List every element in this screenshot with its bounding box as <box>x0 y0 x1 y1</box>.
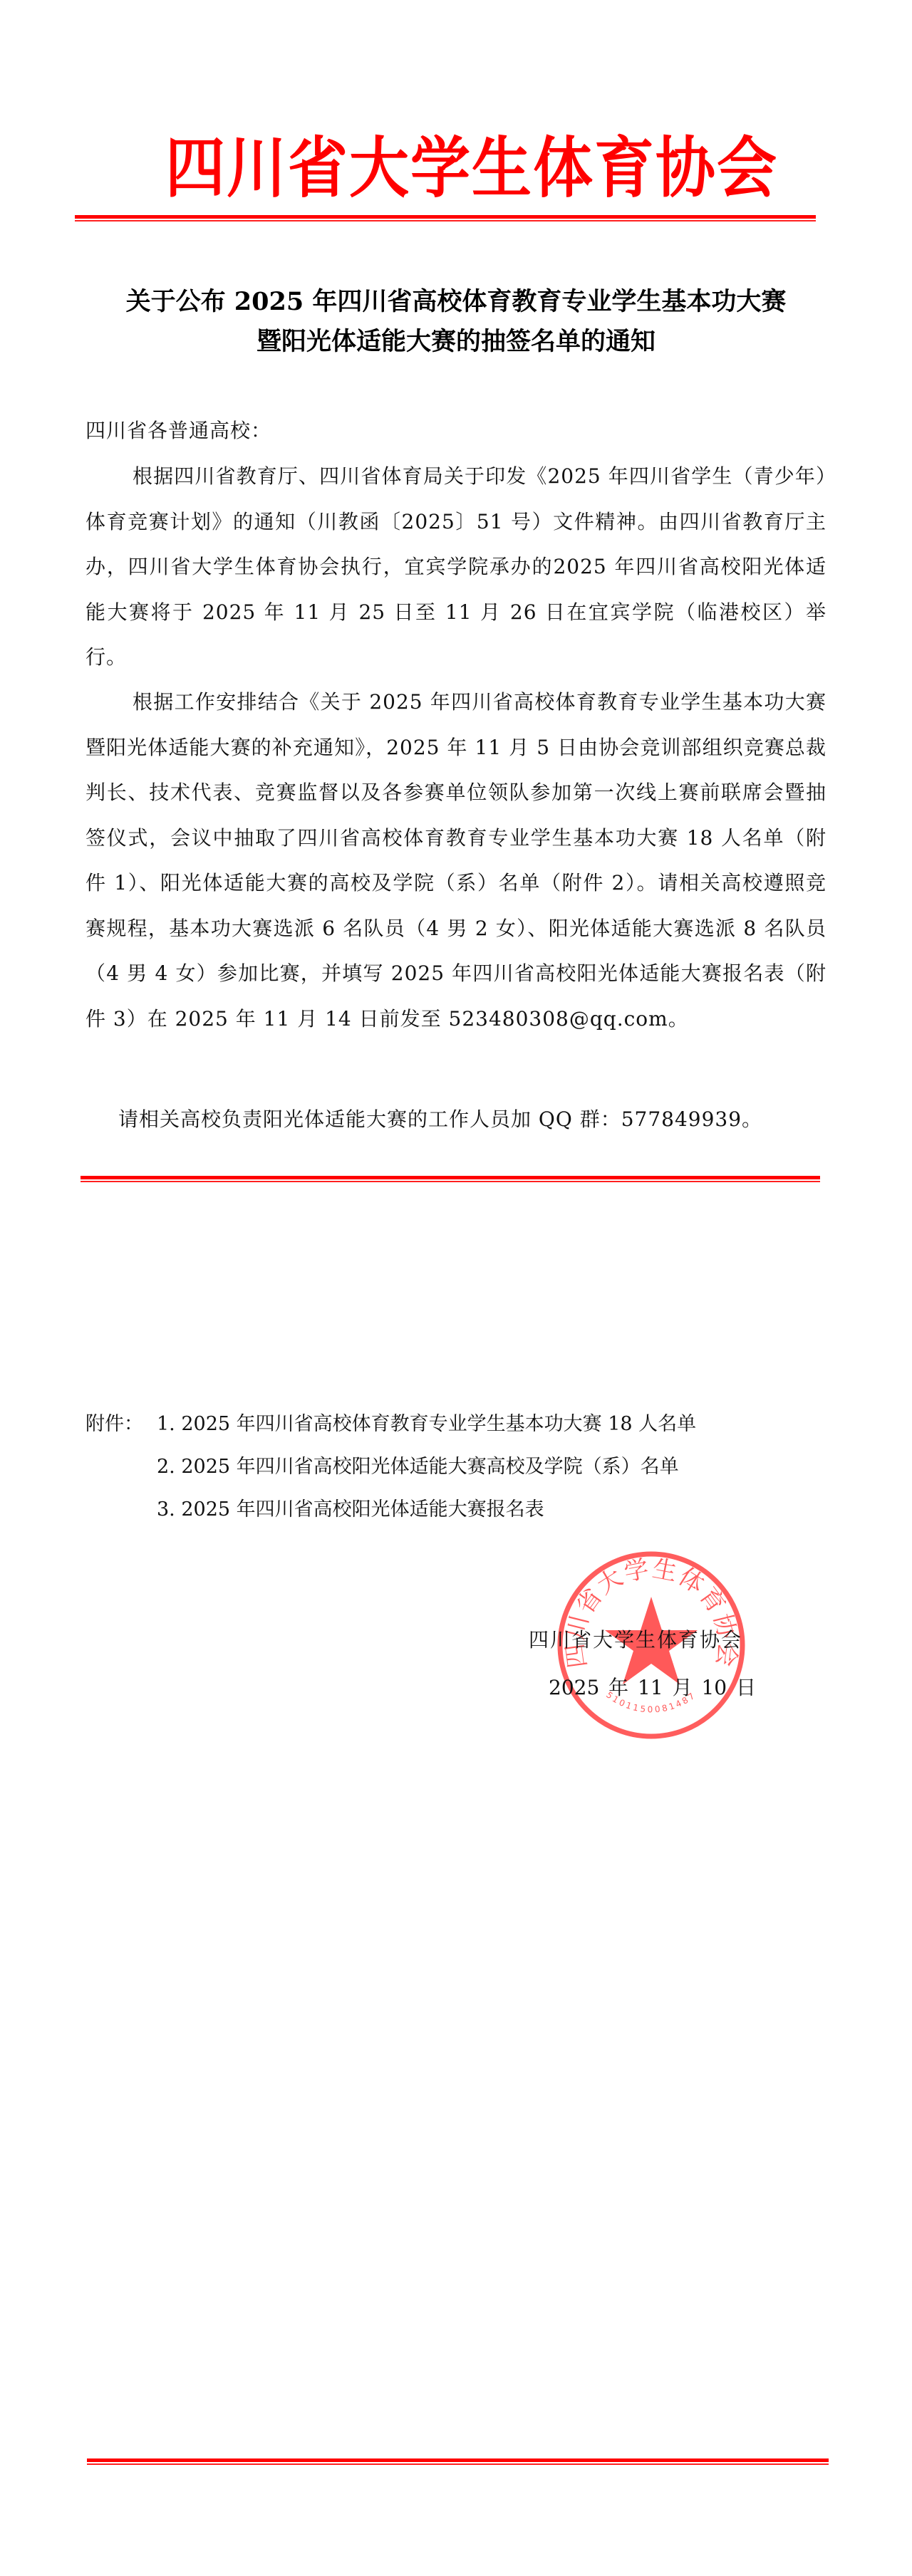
body-paragraph-2: 根据工作安排结合《关于 2025 年四川省高校体育教育专业学生基本功大赛暨阳光体… <box>85 679 826 1041</box>
letterhead-divider-top <box>75 215 816 222</box>
attachment-item: 3. 2025 年四川省高校阳光体适能大赛报名表 <box>157 1488 544 1531</box>
org-letterhead-title: 四川省大学生体育协会 <box>165 129 750 207</box>
section-divider-middle <box>81 1176 820 1183</box>
attachment-row-3: 3. 2025 年四川省高校阳光体适能大赛报名表 <box>85 1488 696 1531</box>
divider-thick-line <box>87 2458 829 2462</box>
salutation: 四川省各普通高校： <box>85 408 826 454</box>
attachment-item: 2. 2025 年四川省高校阳光体适能大赛高校及学院（系）名单 <box>157 1446 679 1488</box>
divider-thick-line <box>75 215 816 219</box>
signature-organization: 四川省大学生体育协会 <box>529 1625 765 1656</box>
body-paragraph-1: 根据四川省教育厅、四川省体育局关于印发《2025 年四川省学生（青少年）体育竞赛… <box>85 454 826 680</box>
attachment-indent <box>85 1488 157 1531</box>
document-divider-bottom <box>87 2458 829 2466</box>
attachments-label: 附件： <box>85 1403 157 1446</box>
notice-title-line-1: 关于公布 2025 年四川省高校体育教育专业学生基本功大赛 <box>85 282 826 322</box>
attachment-row-1: 附件： 1. 2025 年四川省高校体育教育专业学生基本功大赛 18 人名单 <box>85 1403 696 1446</box>
notice-title-line-2: 暨阳光体适能大赛的抽签名单的通知 <box>85 322 826 362</box>
divider-thin-line <box>87 2463 829 2465</box>
notice-title: 关于公布 2025 年四川省高校体育教育专业学生基本功大赛 暨阳光体适能大赛的抽… <box>85 282 826 362</box>
divider-thin-line <box>81 1181 820 1182</box>
attachment-row-2: 2. 2025 年四川省高校阳光体适能大赛高校及学院（系）名单 <box>85 1446 696 1488</box>
attachments-list: 附件： 1. 2025 年四川省高校体育教育专业学生基本功大赛 18 人名单 2… <box>85 1403 696 1531</box>
attachment-item: 1. 2025 年四川省高校体育教育专业学生基本功大赛 18 人名单 <box>157 1403 696 1446</box>
attachment-indent <box>85 1446 157 1488</box>
divider-thin-line <box>75 220 816 221</box>
body-paragraph-3-qq-group: 请相关高校负责阳光体适能大赛的工作人员加 QQ 群：577849939。 <box>118 1097 831 1142</box>
divider-thick-line <box>81 1176 820 1179</box>
signature-date: 2025 年 11 月 10 日 <box>549 1672 755 1704</box>
